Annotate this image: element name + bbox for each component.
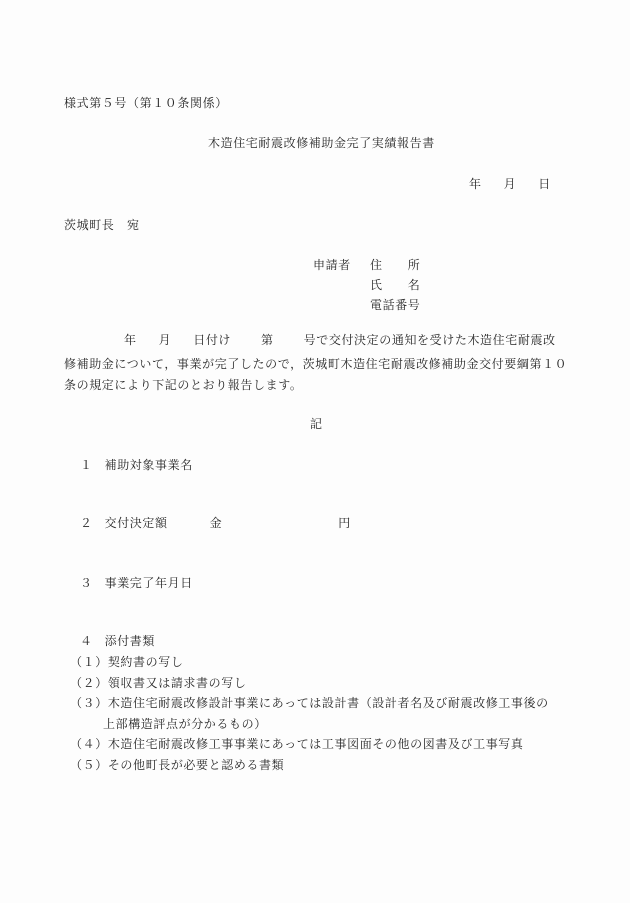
item-label: 添付書類 bbox=[105, 634, 155, 648]
applicant-address-label: 住 所 bbox=[370, 258, 420, 272]
note-heading: 記 bbox=[310, 417, 323, 431]
date-year: 年 bbox=[469, 177, 482, 191]
date-line: 年月日 bbox=[469, 177, 551, 191]
body-line-3: 条の規定により下記のとおり報告します。 bbox=[64, 378, 302, 392]
attachment-2: （２）領収書又は請求書の写し bbox=[70, 676, 246, 690]
item-3: ３事業完了年月日 bbox=[80, 576, 193, 590]
amount-suffix: 円 bbox=[338, 516, 351, 530]
item-1: １補助対象事業名 bbox=[80, 458, 193, 472]
item-number: １ bbox=[80, 458, 93, 472]
body-line-1: 年月日付け第号で交付決定の通知を受けた木造住宅耐震改 bbox=[124, 333, 556, 347]
item-4: ４添付書類 bbox=[80, 634, 155, 648]
date-day: 日 bbox=[538, 177, 551, 191]
item-number: ２ bbox=[80, 516, 93, 530]
addressee: 茨城町長 宛 bbox=[64, 218, 140, 232]
document-title: 木造住宅耐震改修補助金完了実績報告書 bbox=[208, 136, 435, 150]
date-month: 月 bbox=[504, 177, 517, 191]
attachment-3: （３）木造住宅耐震改修設計事業にあっては設計書（設計者名及び耐震改修工事後の bbox=[70, 696, 549, 710]
attachment-3-continuation: 上部構造評点が分かるもの） bbox=[103, 717, 267, 731]
amount-prefix: 金 bbox=[210, 516, 223, 530]
attachment-4: （４）木造住宅耐震改修工事事業にあっては工事図面その他の図書及び工事写真 bbox=[70, 737, 524, 751]
item-2: ２交付決定額金円 bbox=[80, 516, 351, 530]
applicant-name-label: 氏 名 bbox=[370, 278, 420, 292]
item-number: ３ bbox=[80, 576, 93, 590]
item-label: 交付決定額 bbox=[105, 516, 168, 530]
applicant-label: 申請者 bbox=[313, 258, 351, 272]
applicant-phone-label: 電話番号 bbox=[370, 298, 420, 312]
body-line-2: 修補助金について，事業が完了したので，茨城町木造住宅耐震改修補助金交付要綱第１０ bbox=[64, 357, 567, 371]
attachment-1: （１）契約書の写し bbox=[70, 655, 183, 669]
item-number: ４ bbox=[80, 634, 93, 648]
item-label: 事業完了年月日 bbox=[105, 576, 193, 590]
attachment-5: （５）その他町長が必要と認める書類 bbox=[70, 758, 284, 772]
form-number: 様式第５号（第１０条関係） bbox=[64, 96, 228, 110]
item-label: 補助対象事業名 bbox=[105, 458, 193, 472]
